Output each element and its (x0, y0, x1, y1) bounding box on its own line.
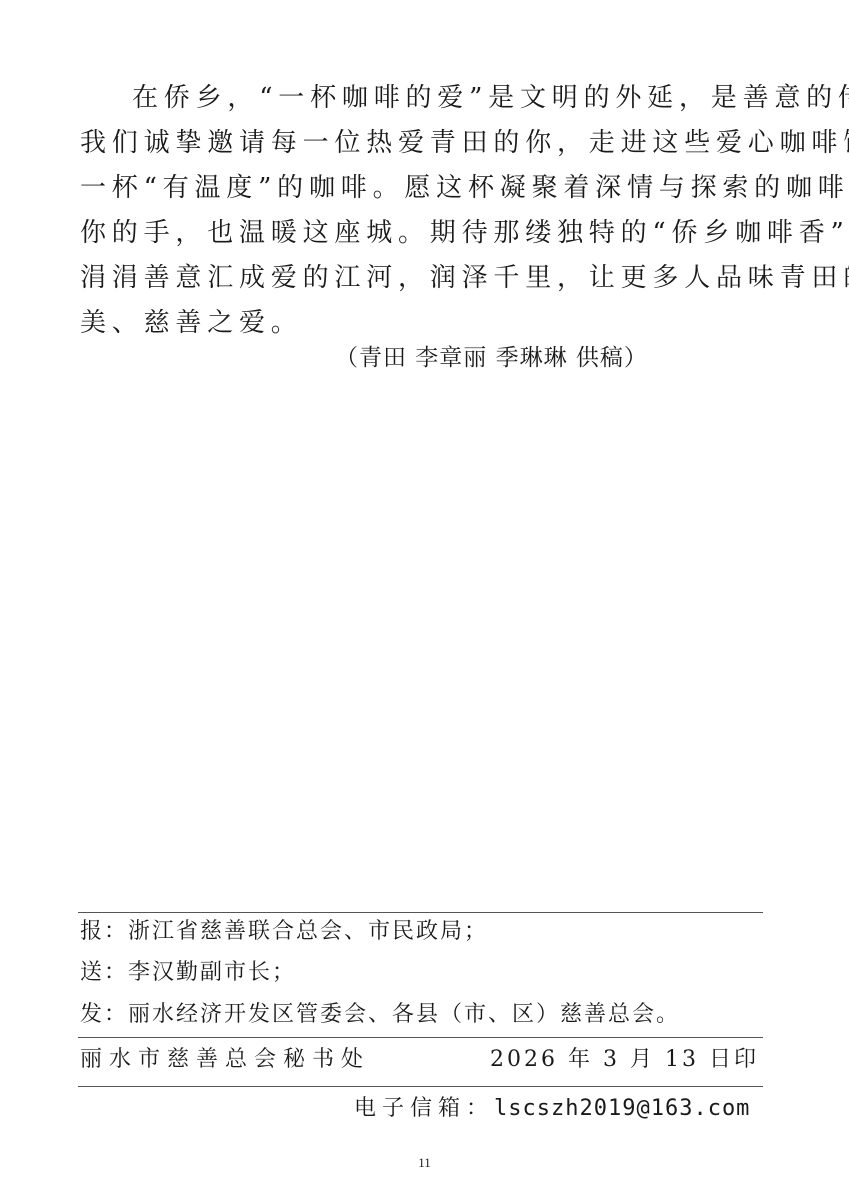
divider-bottom (78, 1086, 763, 1087)
paragraph-line: 在侨乡，“一杯咖啡的爱”是文明的外延，是善意的传递。 (80, 76, 770, 121)
issue-label: 发： (80, 1002, 128, 1027)
email-address: lscszh2019@163.com (494, 1096, 750, 1121)
report-value: 浙江省慈善联合总会、市民政局； (128, 919, 488, 944)
article-body: 在侨乡，“一杯咖啡的爱”是文明的外延，是善意的传递。 我们诚挚邀请每一位热爱青田… (80, 76, 770, 346)
paragraph-line: 涓涓善意汇成爱的江河，润泽千里，让更多人品味青田的文明之 (80, 256, 770, 301)
paragraph-line: 你的手，也温暖这座城。期待那缕独特的“侨乡咖啡香”，能从 (80, 211, 770, 256)
print-date: 2026 年 3 月 13 日印 (490, 1045, 759, 1075)
issuer-name: 丽水市慈善总会秘书处 (80, 1045, 370, 1075)
paragraph-line: 我们诚挚邀请每一位热爱青田的你，走进这些爱心咖啡馆，品尝 (80, 121, 770, 166)
send-label: 送： (80, 960, 128, 985)
divider-top (78, 912, 763, 913)
issue-value: 丽水经济开发区管委会、各县（市、区）慈善总会。 (128, 1002, 680, 1027)
email-line: 电子信箱：lscszh2019@163.com (354, 1094, 750, 1124)
email-label: 电子信箱： (354, 1096, 494, 1121)
distribution-report: 报：浙江省慈善联合总会、市民政局； (80, 917, 488, 947)
document-page: 在侨乡，“一杯咖啡的爱”是文明的外延，是善意的传递。 我们诚挚邀请每一位热爱青田… (0, 0, 849, 1200)
send-value: 李汉勤副市长； (128, 960, 296, 985)
page-number: 11 (0, 1155, 849, 1171)
paragraph-line: 一杯“有温度”的咖啡。愿这杯凝聚着深情与探索的咖啡，温暖 (80, 166, 770, 211)
report-label: 报： (80, 919, 128, 944)
article-signature: （青田 李章丽 季琳琳 供稿） (335, 336, 648, 381)
divider-middle (78, 1037, 763, 1038)
distribution-send: 送：李汉勤副市长； (80, 958, 296, 988)
distribution-issue: 发：丽水经济开发区管委会、各县（市、区）慈善总会。 (80, 1000, 680, 1030)
